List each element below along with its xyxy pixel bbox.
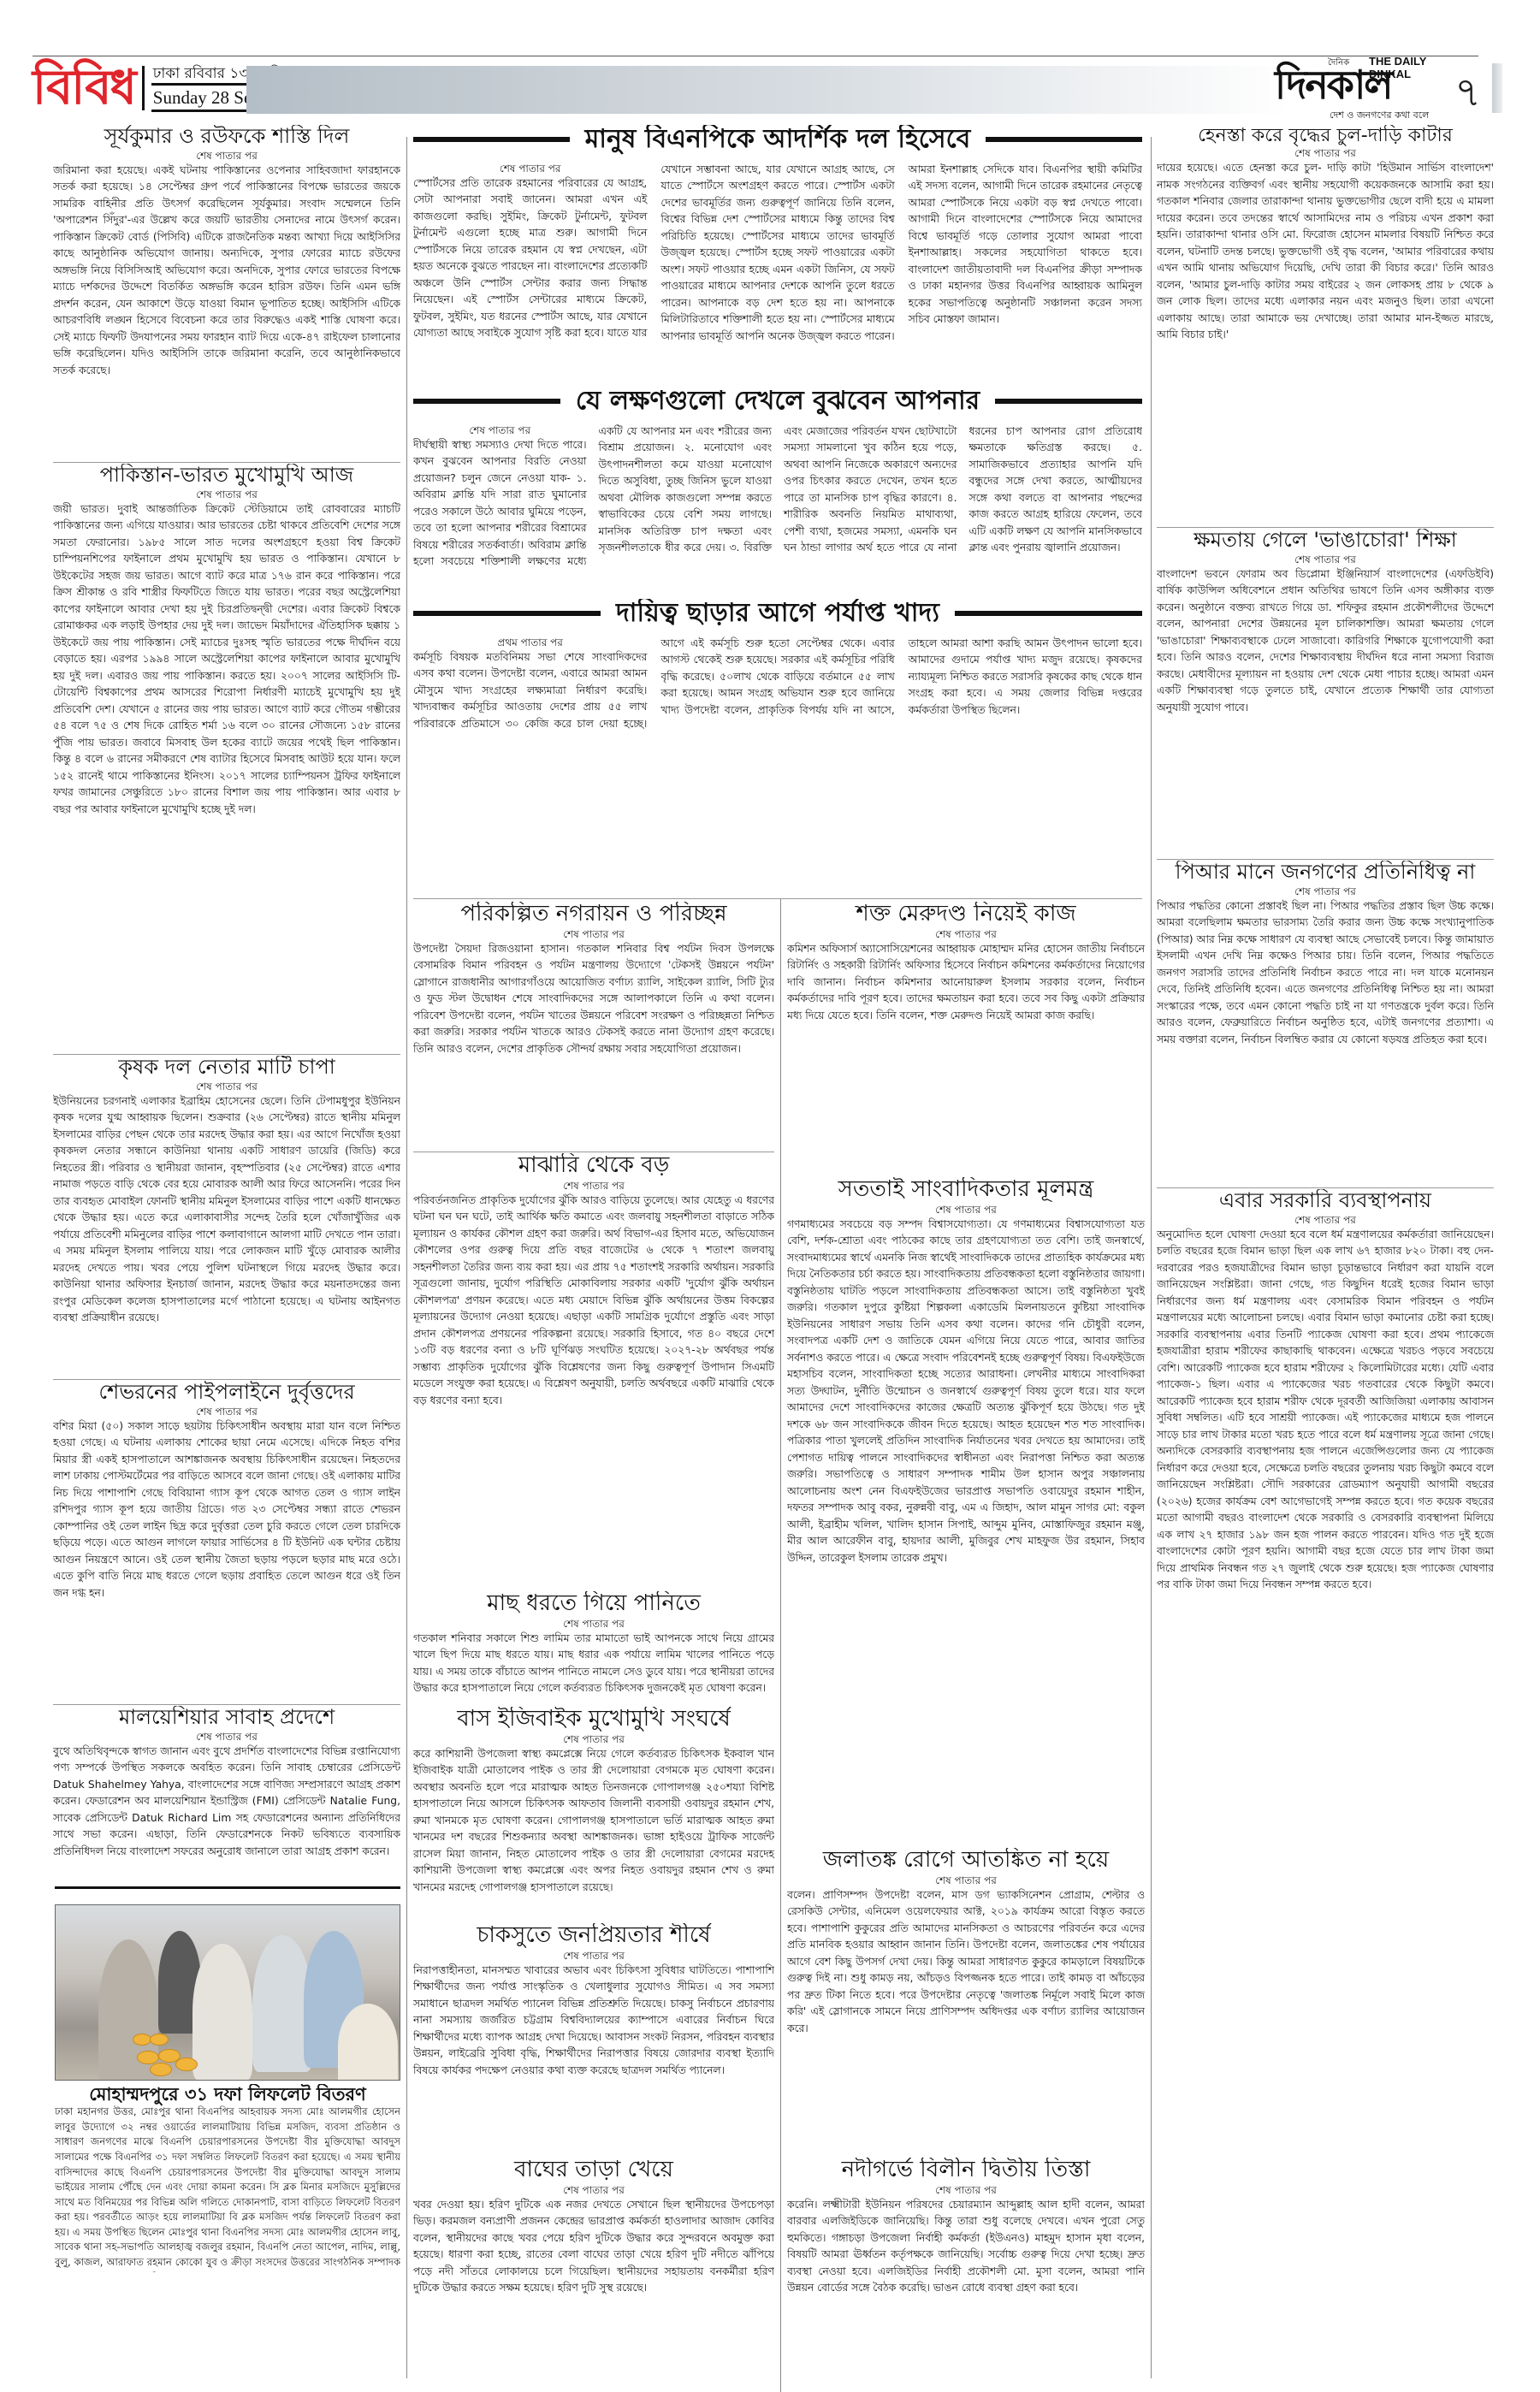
divider <box>53 1379 400 1380</box>
article-teesta: নদীগর্ভে বিলীন দ্বিতীয় তিস্তা শেষ পাতার… <box>787 2158 1145 2329</box>
continued-label: শেষ পাতার পর <box>1157 1213 1494 1227</box>
headline: ক্ষমতায় গেলে 'ভাঙাচোরা' শিক্ষা <box>1157 529 1494 553</box>
article-body: কমিশন অফিসার্স অ্যাসোসিয়েশনের আহ্বায়ক … <box>787 941 1145 1025</box>
article-body: গতকাল শনিবার সকালে শিশু লামিম তার মামাতো… <box>413 1631 774 1697</box>
headline: জলাতঙ্ক রোগে আতঙ্কিত না হয়ে <box>787 1848 1145 1874</box>
continued-label: শেষ পাতার পর <box>1157 553 1494 566</box>
page-number: ৭ <box>1454 62 1481 129</box>
continued-label: শেষ পাতার পর <box>413 927 774 941</box>
photo-food <box>175 2057 198 2071</box>
headline: কৃষক দল নেতার মাটি চাপা <box>53 1056 400 1080</box>
article-body: জয়ী ভারত। দুবাই আন্তর্জাতিক ক্রিকেট স্ট… <box>53 501 400 819</box>
article-body: বুথে অতিথিবৃন্দকে স্বাগত জানান এবং বুথে … <box>53 1744 400 1861</box>
photo-food <box>150 2063 172 2076</box>
divider <box>1157 1187 1494 1188</box>
article-text: স্পোর্টসের প্রতি তারেক রহমানের পরিবারের … <box>413 163 1142 342</box>
continued-label: শেষ পাতার পর <box>787 1874 1145 1887</box>
continued-label: শেষ পাতার পর <box>413 1617 774 1631</box>
photo-food <box>150 2034 169 2046</box>
continued-label: শেষ পাতার পর <box>1157 146 1494 160</box>
news-photo <box>55 1904 400 2081</box>
article-body: অনুমোদিত হলে ঘোষণা দেওয়া হবে বলে ধর্ম ম… <box>1157 1227 1494 1594</box>
article-body: পরিবর্তনজনিত প্রাকৃতিক দুর্যোগের ঝুঁকি আ… <box>413 1193 774 1410</box>
article-body: করে কাশিয়ানী উপজেলা স্বাস্থ্য কমপ্লেক্স… <box>413 1746 774 1897</box>
article-body: বশির মিয়া (৫০) সকাল সাড়ে ছয়টায় চিকিৎ… <box>53 1418 400 1602</box>
headline: শক্ত মেরুদণ্ড নিয়েই কাজ <box>787 902 1145 927</box>
article-text: দীর্ঘস্থায়ী স্বাস্থ্য সমস্যাও দেখা দিতে… <box>413 425 1142 568</box>
continued-label: শেষ পাতার পর <box>413 1732 774 1746</box>
photo-top-rule <box>55 1886 400 1889</box>
headline: বাস ইজিবাইক মুখোমুখি সংঘর্ষে <box>413 1707 774 1732</box>
continued-label: শেষ পাতার পর <box>1157 885 1494 898</box>
article-text: কর্মসূচি বিষয়ক মতবিনিময় সভা শেষে সাংবা… <box>413 637 1142 730</box>
continued-label: শেষ পাতার পর <box>413 1949 774 1963</box>
article-body: দায়ের হয়েছে। এতে হেনস্তা করে চুল- দাড়… <box>1157 160 1494 344</box>
headline: শেভরনের পাইপলাইনে দুর্বৃত্তদের <box>53 1381 400 1405</box>
article-chevron: শেভরনের পাইপলাইনে দুর্বৃত্তদের শেষ পাতার… <box>53 1381 400 1702</box>
article-fishing: মাছ ধরতে গিয়ে পানিতে শেষ পাতার পর গতকাল… <box>413 1591 774 1702</box>
continued-label: শেষ পাতার পর <box>787 927 1145 941</box>
article-bnp-ideal: মানুষ বিএনপিকে আদর্শিক দল হিসেবে শেষ পাত… <box>413 125 1142 385</box>
article-body: জরিমানা করা হয়েছে। একই ঘটনায় পাকিস্তান… <box>53 163 400 380</box>
article-malaysia: মালয়েশিয়ার সাবাহ প্রদেশে শেষ পাতার পর … <box>53 1706 400 1886</box>
headline: সততাই সাংবাদিকতার মূলমন্ত্র <box>787 1177 1145 1203</box>
headline: দায়িত্ব ছাড়ার আগে পর্যাপ্ত খাদ্য <box>413 599 1142 629</box>
article-hajj: এবার সরকারি ব্যবস্থাপনায় শেষ পাতার পর অ… <box>1157 1189 1494 2327</box>
article-bus: বাস ইজিবাইক মুখোমুখি সংঘর্ষে শেষ পাতার প… <box>413 1707 774 1916</box>
continued-label: শেষ পাতার পর <box>787 2183 1145 2197</box>
headline: হেনস্তা করে বৃদ্ধের চুল-দাড়ি কাটার <box>1157 125 1494 146</box>
photo-person <box>338 2004 398 2081</box>
divider <box>53 462 400 463</box>
article-food: দায়িত্ব ছাড়ার আগে পর্যাপ্ত খাদ্য প্রথম… <box>413 599 1142 897</box>
article-body: বলেন। প্রাণিসম্পদ উপদেষ্টা বলেন, মাস ডগ … <box>787 1887 1145 2038</box>
article-body: করেনি। লক্ষ্মীটারী ইউনিয়ন পরিষদের চেয়া… <box>787 2197 1145 2297</box>
headline: মালয়েশিয়ার সাবাহ প্রদেশে <box>53 1706 400 1730</box>
headline: পরিকল্পিত নগরায়ন ও পরিচ্ছন্ন <box>413 902 774 927</box>
headline: চাকসুতে জনপ্রিয়তার শীর্ষে <box>413 1923 774 1949</box>
continued-label: শেষ পাতার পর <box>787 1203 1145 1217</box>
column-divider-left <box>406 137 407 2378</box>
continued-label: শেষ পাতার পর <box>413 423 587 437</box>
continued-label: শেষ পাতার পর <box>53 488 400 501</box>
article-suryakumar: সূর্যকুমার ও রউফকে শাস্তি দিল শেষ পাতার … <box>53 125 400 460</box>
continued-label: শেষ পাতার পর <box>53 1405 400 1418</box>
headline: পিআর মানে জনগণের প্রতিনিধিত্ব না <box>1157 861 1494 885</box>
headline: এবার সরকারি ব্যবস্থাপনায় <box>1157 1189 1494 1213</box>
article-body: শেষ পাতার পরস্পোর্টসের প্রতি তারেক রহমান… <box>413 162 1142 346</box>
article-body: শেষ পাতার পরদীর্ঘস্থায়ী স্বাস্থ্য সমস্য… <box>413 423 1142 571</box>
continued-label: শেষ পাতার পর <box>413 2183 774 2197</box>
headline: মানুষ বিএনপিকে আদর্শিক দল হিসেবে <box>413 125 1142 155</box>
divider <box>1157 527 1494 528</box>
continued-label: শেষ পাতার পর <box>53 1730 400 1744</box>
article-body: গণমাধ্যমের সবচেয়ে বড় সম্পদ বিশ্বাসযোগ্… <box>787 1217 1145 1567</box>
logo-bangla: দিনকাল <box>1275 62 1392 108</box>
page-strip <box>1492 63 1502 113</box>
article-journalism: সততাই সাংবাদিকতার মূলমন্ত্র শেষ পাতার পর… <box>787 1177 1145 1844</box>
masthead-divider <box>142 66 145 110</box>
article-body: ইউনিয়নের চরগনাই এলাকার ইব্রাহিম হোসেনের… <box>53 1093 400 1327</box>
article-body: প্রথম পাতার পরকর্মসূচি বিষয়ক মতবিনিময় … <box>413 636 1142 733</box>
section-name: বিবিধ <box>33 64 135 112</box>
article-backbone: শক্ত মেরুদণ্ড নিয়েই কাজ শেষ পাতার পর কম… <box>787 902 1145 1175</box>
headline-text: মানুষ বিএনপিকে আদর্শিক দল হিসেবে <box>585 125 971 155</box>
headline-text: যে লক্ষণগুলো দেখলে বুঝবেন আপনার <box>576 387 980 417</box>
top-rule <box>33 56 1478 56</box>
continued-label: শেষ পাতার পর <box>413 162 647 175</box>
continued-label: শেষ পাতার পর <box>53 149 400 163</box>
logo-tagline: দেশ ও জনগণের কথা বলে <box>1330 108 1429 124</box>
article-body: খবর দেওয়া হয়। হরিণ দুটিকে এক নজর দেখতে… <box>413 2197 774 2297</box>
article-krishak: কৃষক দল নেতার মাটি চাপা শেষ পাতার পর ইউন… <box>53 1056 400 1377</box>
article-harassment: হেনস্তা করে বৃদ্ধের চুল-দাড়ি কাটার শেষ … <box>1157 125 1494 479</box>
article-tiger: বাঘের তাড়া খেয়ে শেষ পাতার পর খবর দেওয়… <box>413 2158 774 2329</box>
divider <box>1157 859 1494 860</box>
headline: পাকিস্তান-ভারত মুখোমুখি আজ <box>53 464 400 488</box>
article-chaksu: চাকসুতে জনপ্রিয়তার শীর্ষে শেষ পাতার পর … <box>413 1923 774 2154</box>
column-divider-middle <box>780 898 781 2392</box>
article-body: উপদেষ্টা সৈয়দা রিজওয়ানা হাসান। গতকাল শ… <box>413 941 774 1058</box>
article-body: নিরাপত্তাহীনতা, মানসম্মত খাবারের অভাব এব… <box>413 1963 774 2080</box>
continued-label: প্রথম পাতার পর <box>413 636 647 649</box>
article-pak-ind: পাকিস্তান-ভারত মুখোমুখি আজ শেষ পাতার পর … <box>53 464 400 1052</box>
article-body: বাংলাদেশ ভবনে ফোরাম অব ডিপ্লোমা ইঞ্জিনিয… <box>1157 566 1494 717</box>
headline: মাঝারি থেকে বড় <box>413 1153 774 1179</box>
article-body: পিআর পদ্ধতির কোনো প্রস্তাবই ছিল না। পিআর… <box>1157 898 1494 1049</box>
headline: নদীগর্ভে বিলীন দ্বিতীয় তিস্তা <box>787 2158 1145 2183</box>
article-pr: পিআর মানে জনগণের প্রতিনিধিত্ব না শেষ পাত… <box>1157 861 1494 1211</box>
masthead-band <box>246 66 1290 114</box>
article-body: ঢাকা মহানগর উত্তর, মোঃপুর থানা বিএনপির আ… <box>55 2105 400 2272</box>
headline-text: দায়িত্ব ছাড়ার আগে পর্যাপ্ত খাদ্য <box>616 599 939 629</box>
divider <box>413 898 1142 899</box>
article-urban: পরিকল্পিত নগরায়ন ও পরিচ্ছন্ন শেষ পাতার … <box>413 902 774 1150</box>
continued-label: শেষ পাতার পর <box>413 1179 774 1193</box>
headline: মাছ ধরতে গিয়ে পানিতে <box>413 1591 774 1617</box>
article-symptoms: যে লক্ষণগুলো দেখলে বুঝবেন আপনার শেষ পাতা… <box>413 387 1142 594</box>
article-rabies: জলাতঙ্ক রোগে আতঙ্কিত না হয়ে শেষ পাতার প… <box>787 1848 1145 2156</box>
headline: যে লক্ষণগুলো দেখলে বুঝবেন আপনার <box>413 387 1142 417</box>
article-mid-large: মাঝারি থেকে বড় শেষ পাতার পর পরিবর্তনজনি… <box>413 1153 774 1581</box>
column-divider-right <box>1151 137 1152 2378</box>
headline: সূর্যকুমার ও রউফকে শাস্তি দিল <box>53 125 400 149</box>
divider <box>53 1054 400 1055</box>
headline: মোহাম্মদপুরে ৩১ দফা লিফলেট বিতরণ <box>55 2084 400 2105</box>
newspaper-logo: দৈনিক THE DAILY DINKAL দিনকাল দেশ ও জনগণ… <box>1275 53 1446 123</box>
continued-label: শেষ পাতার পর <box>53 1080 400 1093</box>
divider <box>53 1704 400 1705</box>
article-education: ক্ষমতায় গেলে 'ভাঙাচোরা' শিক্ষা শেষ পাতা… <box>1157 529 1494 858</box>
article-leaflet: মোহাম্মদপুরে ৩১ দফা লিফলেট বিতরণ ঢাকা মহ… <box>55 2084 400 2272</box>
divider <box>413 1152 774 1152</box>
headline: বাঘের তাড়া খেয়ে <box>413 2158 774 2183</box>
photo-person <box>192 1944 252 2081</box>
photo-food <box>133 2034 151 2046</box>
